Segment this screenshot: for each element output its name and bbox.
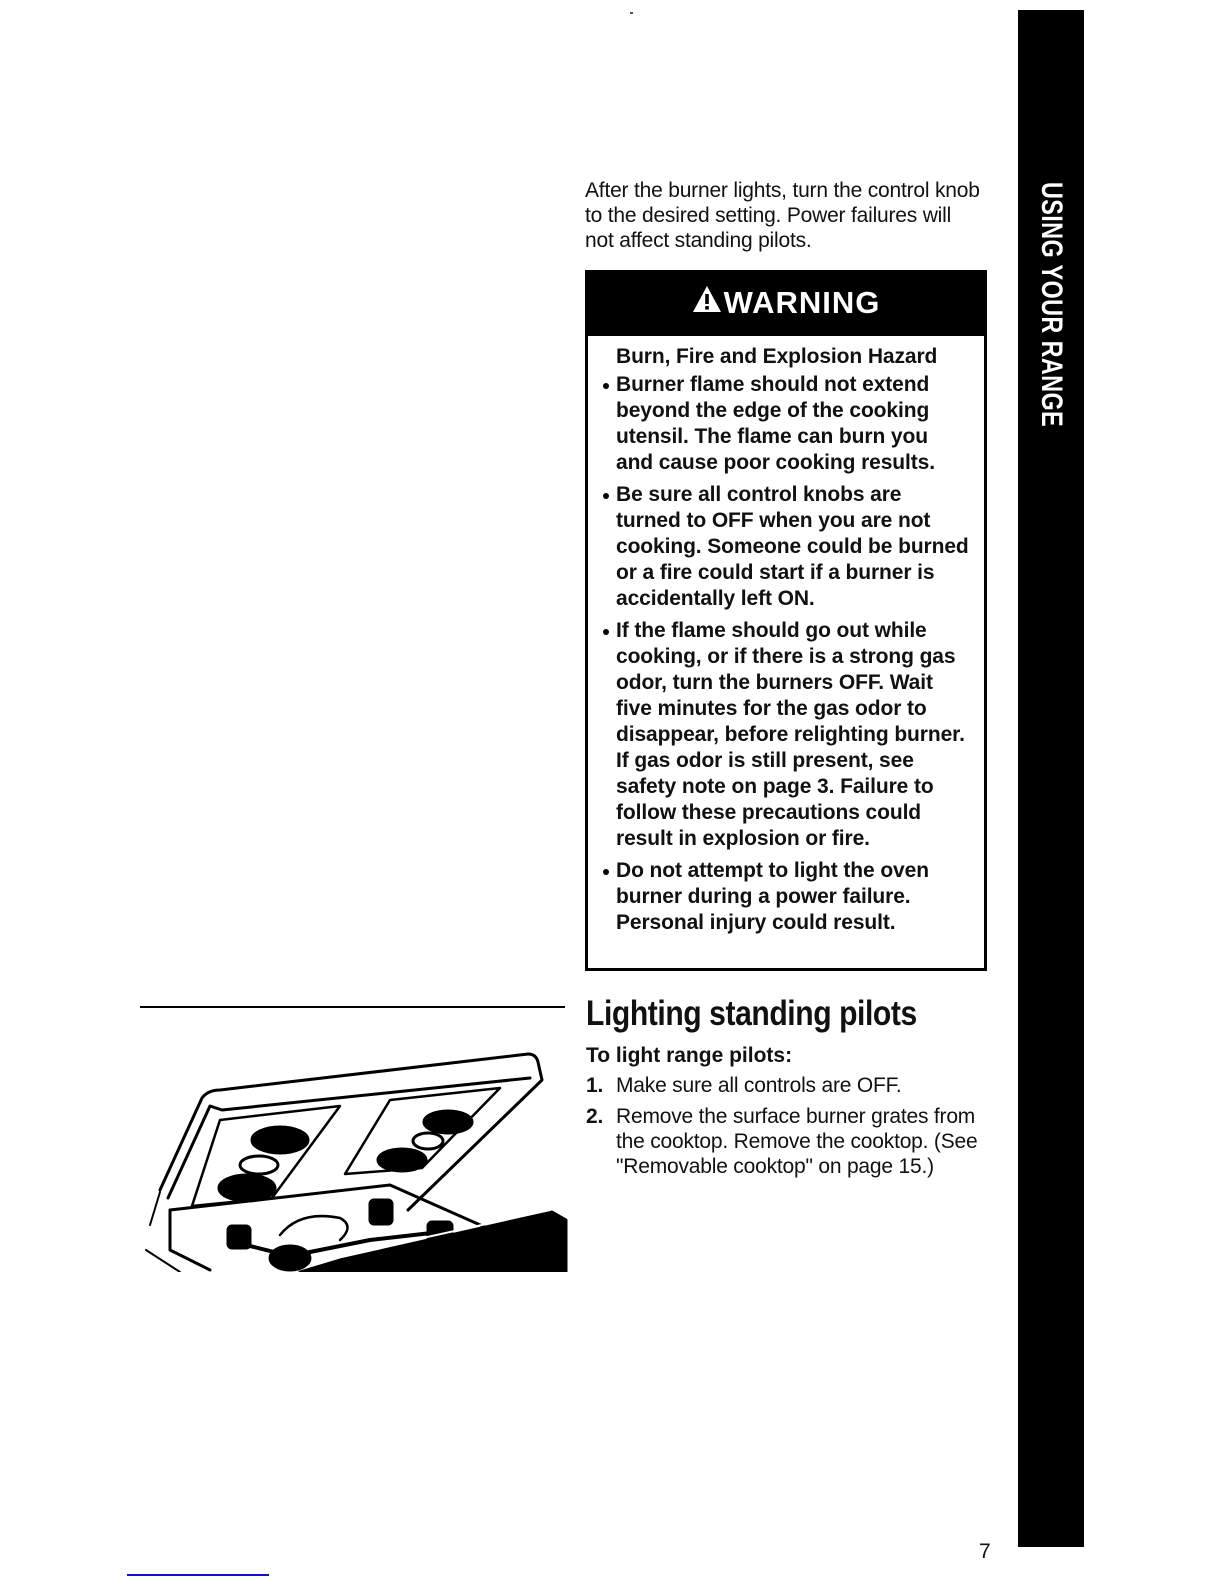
warning-bullet: Do not attempt to light the oven burner … xyxy=(600,858,970,936)
intro-paragraph: After the burner lights, turn the contro… xyxy=(585,178,985,253)
hazard-title: Burn, Fire and Explosion Hazard xyxy=(600,344,970,370)
warning-bullet: If the flame should go out while cooking… xyxy=(600,618,970,852)
footer-link-underline[interactable] xyxy=(127,1574,269,1576)
warning-header: WARNING xyxy=(585,270,987,336)
step-number: 1. xyxy=(586,1073,616,1098)
section-divider xyxy=(140,1006,565,1008)
page-number: 7 xyxy=(979,1540,991,1564)
step-item: 2. Remove the surface burner grates from… xyxy=(586,1104,986,1179)
steps-list: 1. Make sure all controls are OFF. 2. Re… xyxy=(586,1073,986,1185)
section-title: Lighting standing pilots xyxy=(586,994,917,1034)
warning-bullet: Be sure all control knobs are turned to … xyxy=(600,482,970,612)
chapter-tab: USING YOUR RANGE xyxy=(1018,10,1084,1547)
warning-triangle-icon xyxy=(692,285,724,321)
warning-header-label: WARNING xyxy=(724,285,881,321)
warning-box: WARNING Burn, Fire and Explosion Hazard … xyxy=(585,270,987,971)
chapter-tab-label: USING YOUR RANGE xyxy=(1034,182,1068,427)
step-number: 2. xyxy=(586,1104,616,1179)
cooktop-illustration xyxy=(140,1050,570,1272)
step-text: Make sure all controls are OFF. xyxy=(616,1073,986,1098)
warning-bullet: Burner flame should not extend beyond th… xyxy=(600,372,970,476)
scan-speck xyxy=(630,12,633,14)
warning-body: Burn, Fire and Explosion Hazard Burner f… xyxy=(588,336,984,936)
step-item: 1. Make sure all controls are OFF. xyxy=(586,1073,986,1098)
section-subtitle: To light range pilots: xyxy=(586,1044,792,1068)
step-text: Remove the surface burner grates from th… xyxy=(616,1104,986,1179)
